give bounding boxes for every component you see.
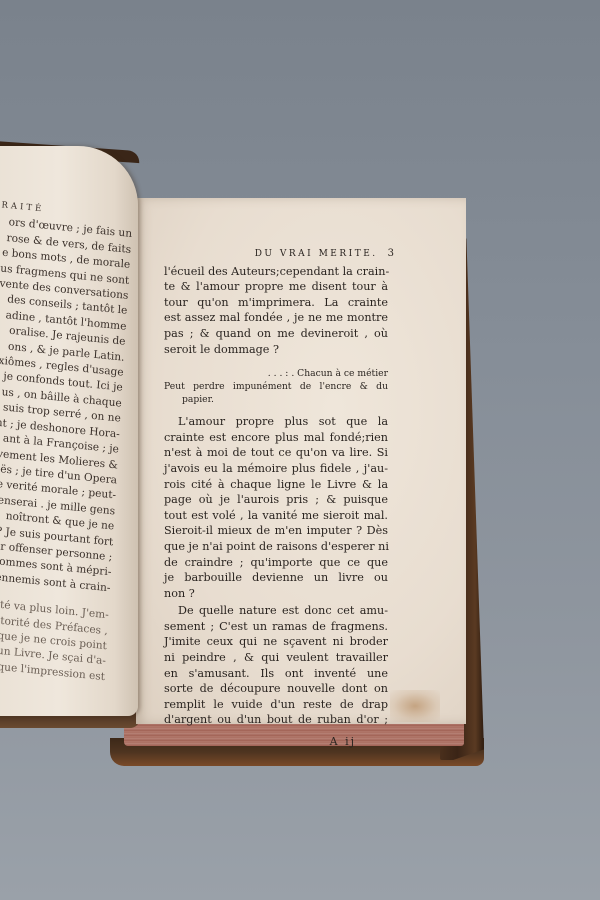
- text-line: crainte est encore plus mal fondé;rien: [164, 430, 388, 446]
- text-line: sement ; C'est un ramas de fragmens.: [164, 619, 388, 635]
- quote-line: . . . : . Chacun à ce métier: [164, 367, 388, 380]
- text-line: Sieroit-il mieux de m'en imputer ? Dès: [164, 523, 388, 539]
- page-number: 3: [388, 248, 394, 259]
- text-line: j'avois eu la mémoire plus fidele , j'au…: [164, 461, 388, 477]
- text-line: J'imite ceux qui ne sçavent ni broder: [164, 634, 388, 650]
- running-head: DU VRAI MERITE.3: [164, 246, 394, 263]
- text-line: remplit le vuide d'un reste de drap: [164, 697, 388, 713]
- text-line: rois cité à chaque ligne le Livre & la: [164, 477, 388, 493]
- text-line: ni peindre , & qui veulent travailler: [164, 650, 388, 666]
- paragraph-3: De quelle nature est donc cet amu- semen…: [164, 603, 388, 728]
- quote-line: Peut perdre impunément de l'encre & du: [164, 380, 388, 393]
- right-page-text: DU VRAI MERITE.3 l'écueil des Auteurs;ce…: [164, 246, 388, 750]
- text-line: pas ; & quand on me devineroit , où: [164, 326, 388, 342]
- text-line: de craindre ; qu'importe que ce que: [164, 555, 388, 571]
- text-line: tour qu'on m'imprimera. La crainte: [164, 295, 388, 311]
- text-line: n'est à moi de tout ce qu'on va lire. Si: [164, 445, 388, 461]
- text-line: je barbouille devienne un livre ou: [164, 570, 388, 586]
- text-line: non ?: [164, 586, 388, 602]
- verse-quote: . . . : . Chacun à ce métier Peut perdre…: [164, 367, 388, 406]
- text-line: d'argent ou d'un bout de ruban d'or ;: [164, 712, 388, 728]
- photo-scene: DU VRAI MERITE.3 l'écueil des Auteurs;ce…: [0, 0, 600, 900]
- text-line: L'amour propre plus sot que la: [164, 414, 388, 430]
- text-line: est assez mal fondée , je ne me montre: [164, 310, 388, 326]
- text-line: page où je l'aurois pris ; & puisque: [164, 492, 388, 508]
- quote-line: papier.: [164, 393, 388, 406]
- paragraph-2: L'amour propre plus sot que la crainte e…: [164, 414, 388, 601]
- text-line: De quelle nature est donc cet amu-: [164, 603, 388, 619]
- running-head-title: DU VRAI MERITE.: [255, 249, 378, 259]
- left-page: RAITÉ ors d'œuvre ; je fais un rose & de…: [0, 146, 138, 716]
- text-line: sorte de découpure nouvelle dont on: [164, 681, 388, 697]
- text-line: seroit le dommage ?: [164, 342, 388, 358]
- text-line: l'écueil des Auteurs;cependant la crain-: [164, 264, 388, 280]
- left-page-text: RAITÉ ors d'œuvre ; je fais un rose & de…: [0, 198, 133, 685]
- paragraph-1: l'écueil des Auteurs;cependant la crain-…: [164, 264, 388, 358]
- text-line: en s'amusant. Ils ont inventé une: [164, 666, 388, 682]
- text-line: que je n'ai point de raisons d'esperer n…: [164, 539, 388, 555]
- foxing-stain: [390, 690, 440, 722]
- text-line: tout est volé , la vanité me sieroit mal…: [164, 508, 388, 524]
- text-line: te & l'amour propre me disent tour à: [164, 279, 388, 295]
- signature-mark: A ij: [164, 734, 388, 750]
